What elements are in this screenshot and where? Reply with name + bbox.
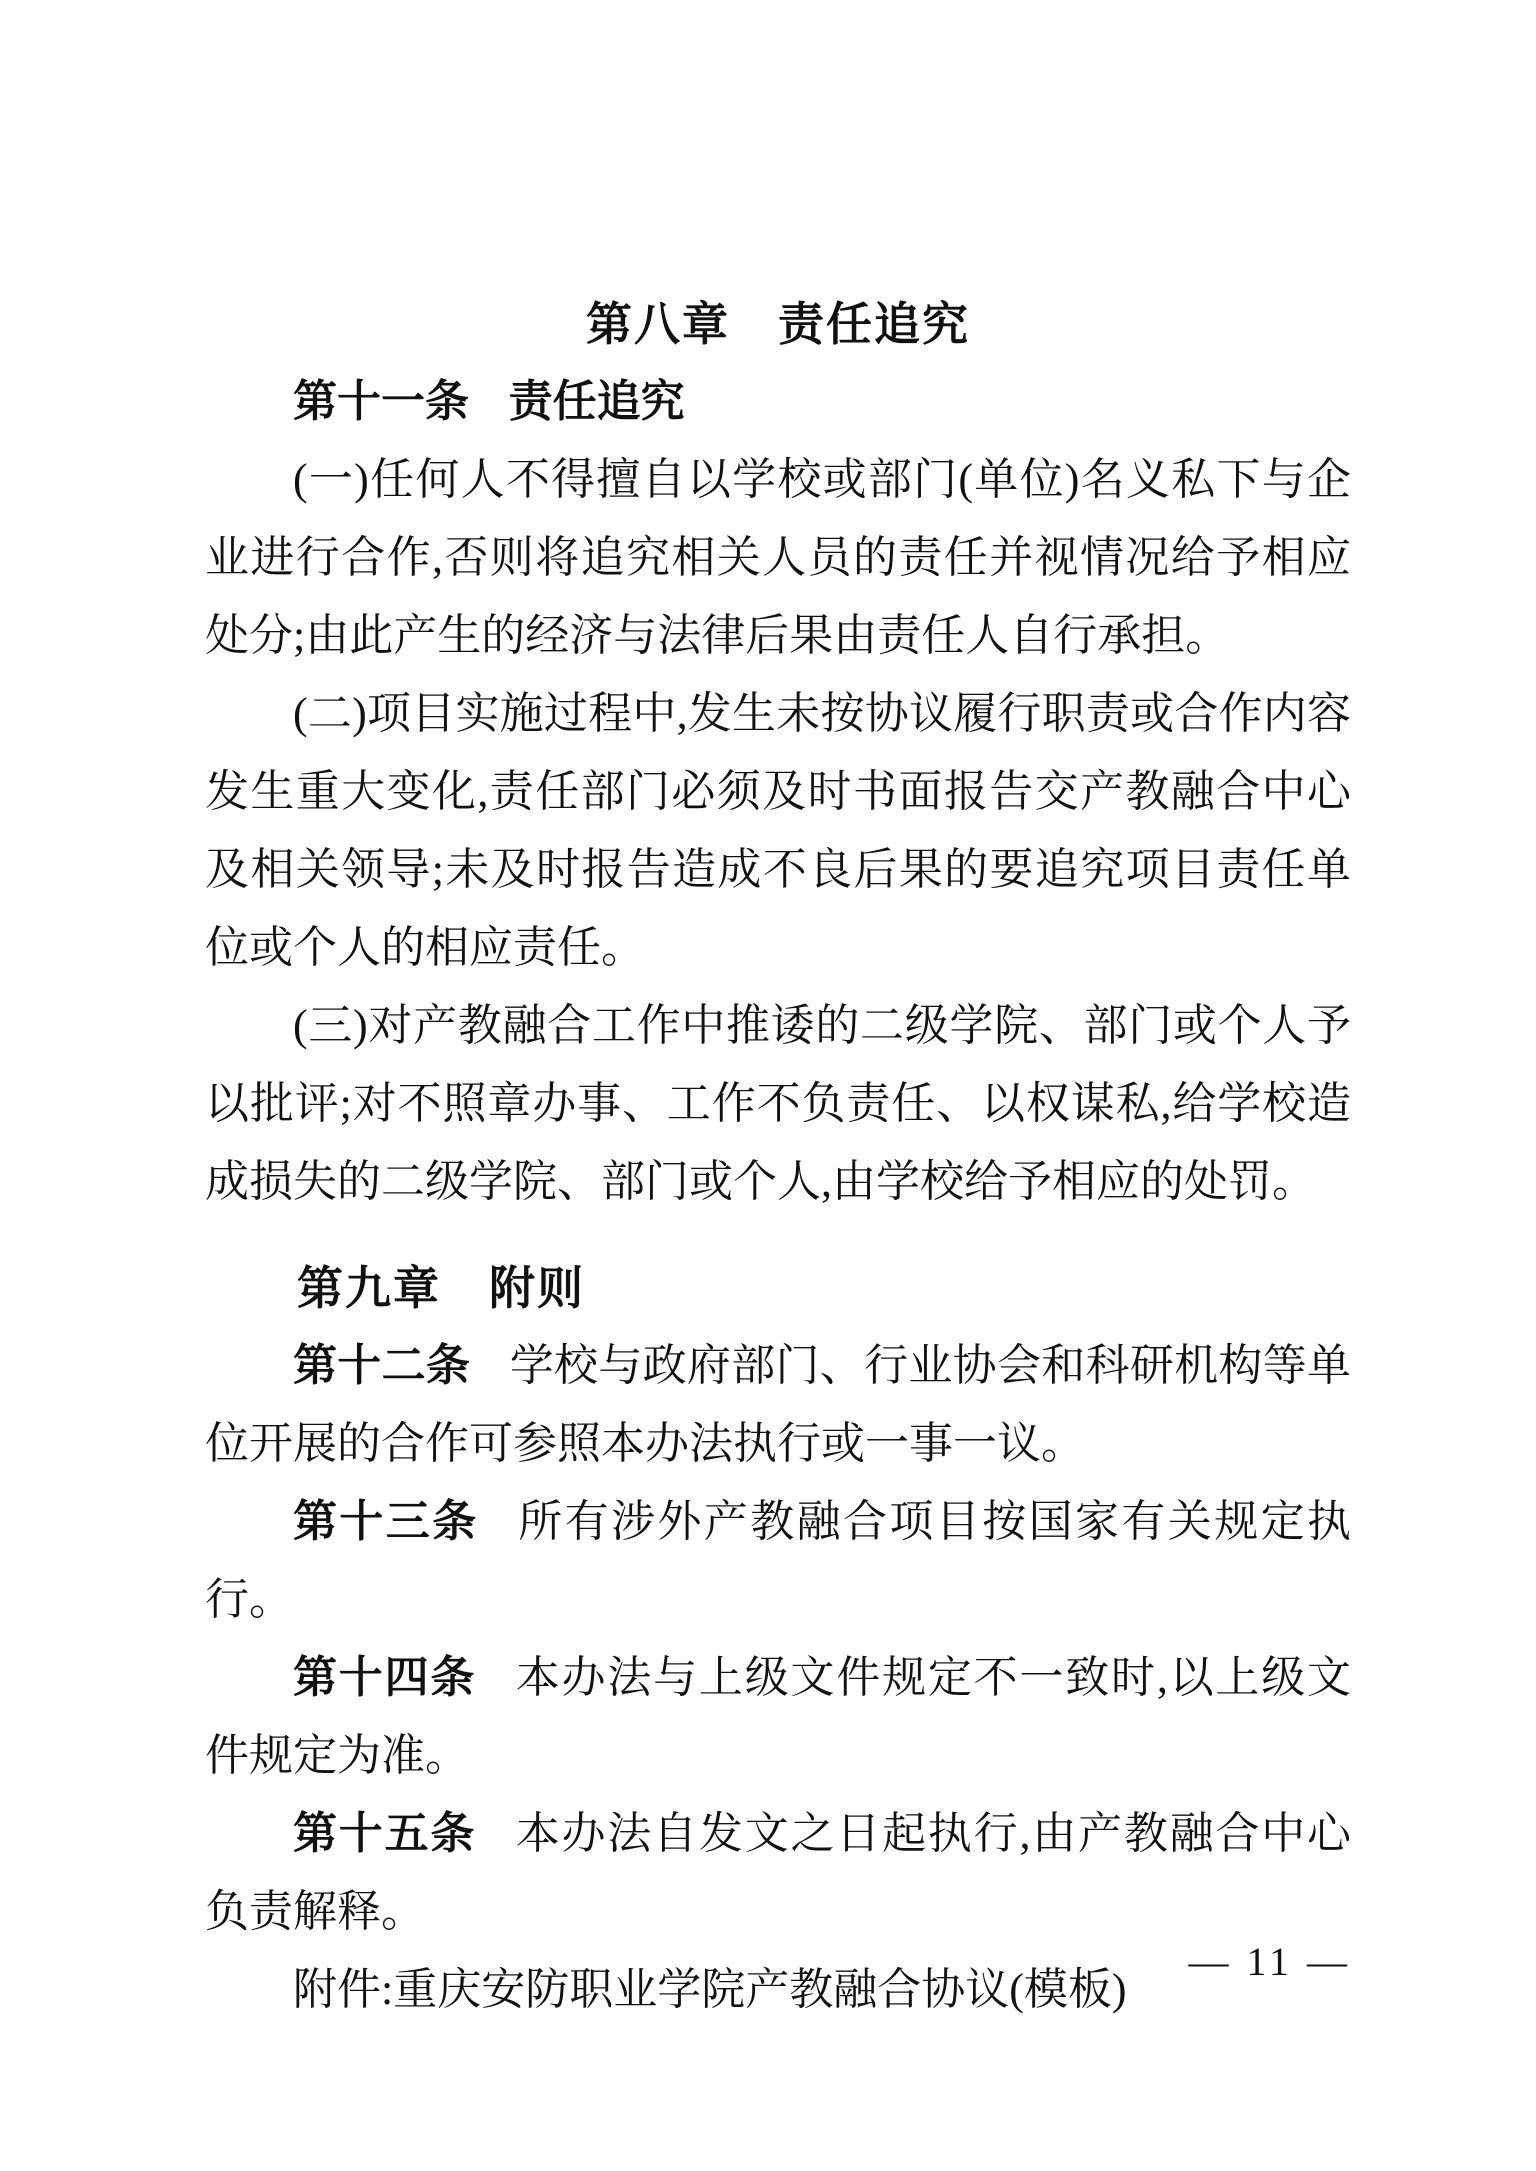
clause-3: (三)对产教融合工作中推诿的二级学院、部门或个人予以批评;对不照章办事、工作不负…: [205, 987, 1351, 1221]
clause-1: (一)任何人不得擅自以学校或部门(单位)名义私下与企业进行合作,否则将追究相关人…: [205, 441, 1351, 675]
article-15-label: 第十五条: [293, 1809, 476, 1858]
chapter-8-heading: 第八章 责任追究: [205, 285, 1351, 363]
document-page: 第八章 责任追究 第十一条责任追究 (一)任何人不得擅自以学校或部门(单位)名义…: [0, 0, 1536, 2171]
document-content: 第八章 责任追究 第十一条责任追究 (一)任何人不得擅自以学校或部门(单位)名义…: [205, 285, 1351, 2029]
article-14-label: 第十四条: [293, 1653, 476, 1702]
clause-2: (二)项目实施过程中,发生未按协议履行职责或合作内容发生重大变化,责任部门必须及…: [205, 675, 1351, 987]
article-13-label: 第十三条: [293, 1497, 479, 1546]
attachment-line: 附件:重庆安防职业学院产教融合协议(模板): [205, 1951, 1351, 2029]
article-12: 第十二条学校与政府部门、行业协会和科研机构等单位开展的合作可参照本办法执行或一事…: [205, 1327, 1351, 1483]
article-11-title: 责任追究: [509, 377, 685, 426]
article-11-heading: 第十一条责任追究: [205, 363, 1351, 441]
page-number: — 11 —: [1188, 1938, 1351, 1986]
article-15: 第十五条本办法自发文之日起执行,由产教融合中心负责解释。: [205, 1795, 1351, 1951]
article-13: 第十三条所有涉外产教融合项目按国家有关规定执行。: [205, 1483, 1351, 1639]
article-11-label: 第十一条: [293, 377, 469, 426]
article-12-label: 第十二条: [293, 1341, 470, 1390]
chapter-9-heading: 第九章 附则: [205, 1249, 1351, 1327]
article-14: 第十四条本办法与上级文件规定不一致时,以上级文件规定为准。: [205, 1639, 1351, 1795]
